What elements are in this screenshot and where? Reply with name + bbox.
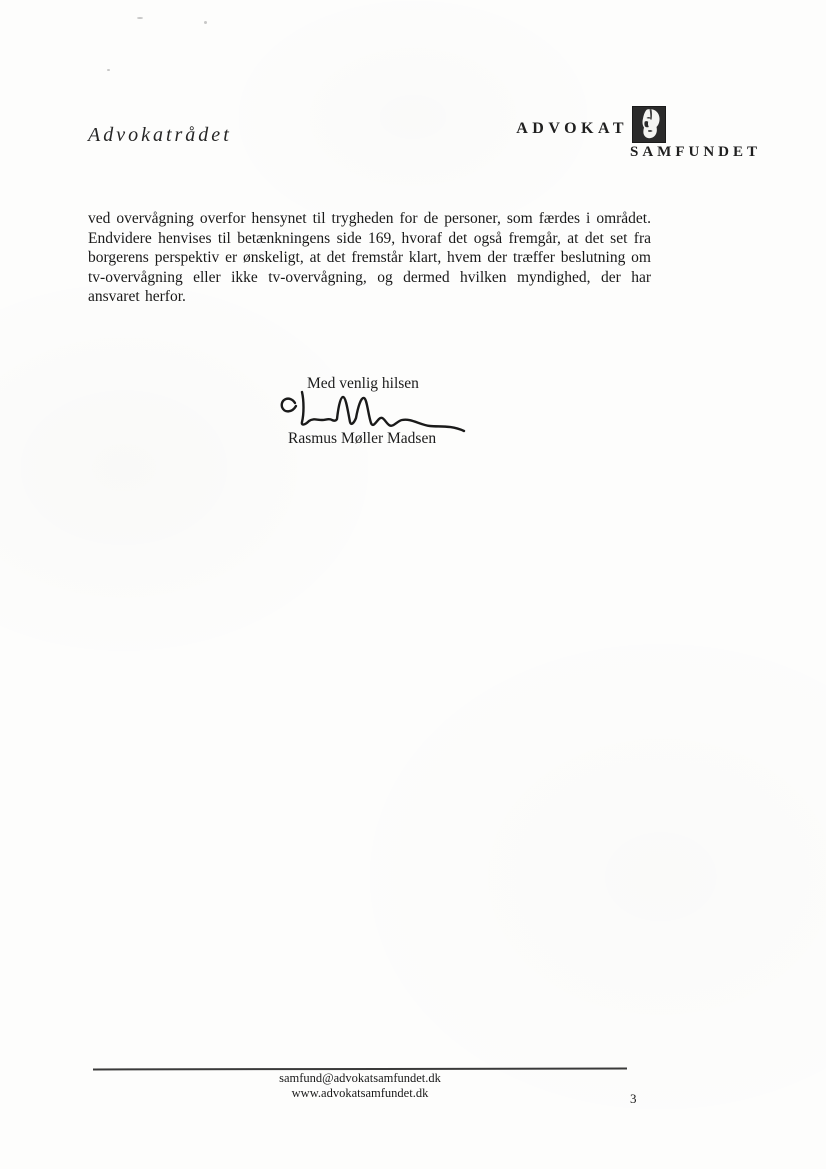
footer-contact-block: samfund@advokatsamfundet.dk www.advokats… bbox=[93, 1071, 627, 1100]
scan-speck bbox=[204, 21, 207, 24]
org-name-line1: ADVOKAT bbox=[516, 120, 628, 138]
org-name-line2: SAMFUNDET bbox=[630, 144, 761, 161]
scan-speck bbox=[137, 17, 143, 19]
scan-speck bbox=[107, 69, 110, 71]
footer-email: samfund@advokatsamfundet.dk bbox=[93, 1071, 627, 1086]
athena-head-logo-icon bbox=[632, 106, 666, 143]
scanned-letter-page: Advokatrådet ADVOKAT SAMFUNDET ved overv… bbox=[0, 0, 826, 1169]
footer-website: www.advokatsamfundet.dk bbox=[93, 1086, 627, 1101]
signer-name: Rasmus Møller Madsen bbox=[288, 430, 436, 448]
letter-body-paragraph: ved overvågning overfor hensynet til try… bbox=[88, 209, 651, 307]
page-number: 3 bbox=[630, 1091, 637, 1107]
sender-name: Advokatrådet bbox=[88, 124, 232, 147]
